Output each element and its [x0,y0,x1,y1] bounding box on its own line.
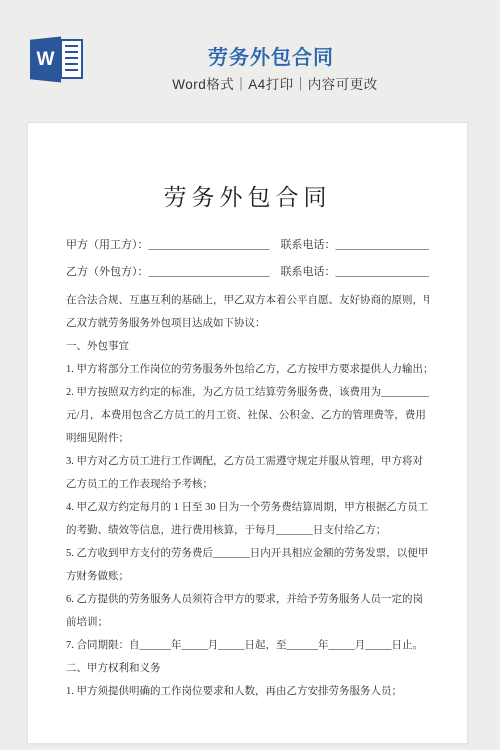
party-a-line: 甲方（用工方）：______________________ 联系电话：____… [66,232,429,259]
party-info-block: 甲方（用工方）：______________________ 联系电话：____… [66,232,429,286]
body-line: 1. 甲方须提供明确的工作岗位要求和人数，再由乙方安排劳务服务人员； [66,680,429,703]
document-title: 劳务外包合同 [66,183,429,213]
body-line: 的考勤、绩效等信息，进行费用核算，于每月_______日支付给乙方； [66,519,429,542]
body-line: 元/月，本费用包含乙方员工的月工资、社保、公积金、乙方的管理费等，费用 [66,404,429,427]
header-title: 劳务外包合同 [42,41,500,70]
template-header: W 劳务外包合同 Word格式｜A4打印｜内容可更改 [0,0,500,122]
body-line: 方财务做账； [66,565,429,588]
contract-body: 在合法合规、互惠互利的基础上，甲乙双方本着公平自愿、友好协商的原则，甲 乙双方就… [66,289,429,703]
body-line: 6. 乙方提供的劳务服务人员须符合甲方的要求，并给予劳务服务人员一定的岗 [66,588,429,611]
body-line: 明细见附件； [66,427,429,450]
body-line: 在合法合规、互惠互利的基础上，甲乙双方本着公平自愿、友好协商的原则，甲 [66,289,429,312]
body-line: 乙双方就劳务服务外包项目达成如下协议： [66,312,429,335]
body-line: 4. 甲乙双方约定每月的 1 日至 30 日为一个劳务费结算周期，甲方根据乙方员… [66,496,429,519]
party-b-line: 乙方（外包方）：______________________ 联系电话：____… [66,259,429,286]
body-line: 乙方员工的工作表现给予考核； [66,473,429,496]
body-line: 1. 甲方将部分工作岗位的劳务服务外包给乙方，乙方按甲方要求提供人力输出； [66,358,429,381]
section-heading: 二、甲方权利和义务 [66,657,429,680]
body-line: 7. 合同期限：自______年_____月_____日起，至______年__… [66,634,429,657]
section-heading: 一、外包事宜 [66,335,429,358]
header-subtitle: Word格式｜A4打印｜内容可更改 [50,73,500,93]
body-line: 2. 甲方按照双方约定的标准，为乙方员工结算劳务服务费，该费用为________… [66,381,429,404]
document-page: 劳务外包合同 甲方（用工方）：______________________ 联系… [27,122,468,744]
body-line: 前培训； [66,611,429,634]
body-line: 5. 乙方收到甲方支付的劳务费后_______日内开具相应金额的劳务发票，以便甲 [66,542,429,565]
body-line: 3. 甲方对乙方员工进行工作调配，乙方员工需遵守规定并服从管理，甲方将对 [66,450,429,473]
